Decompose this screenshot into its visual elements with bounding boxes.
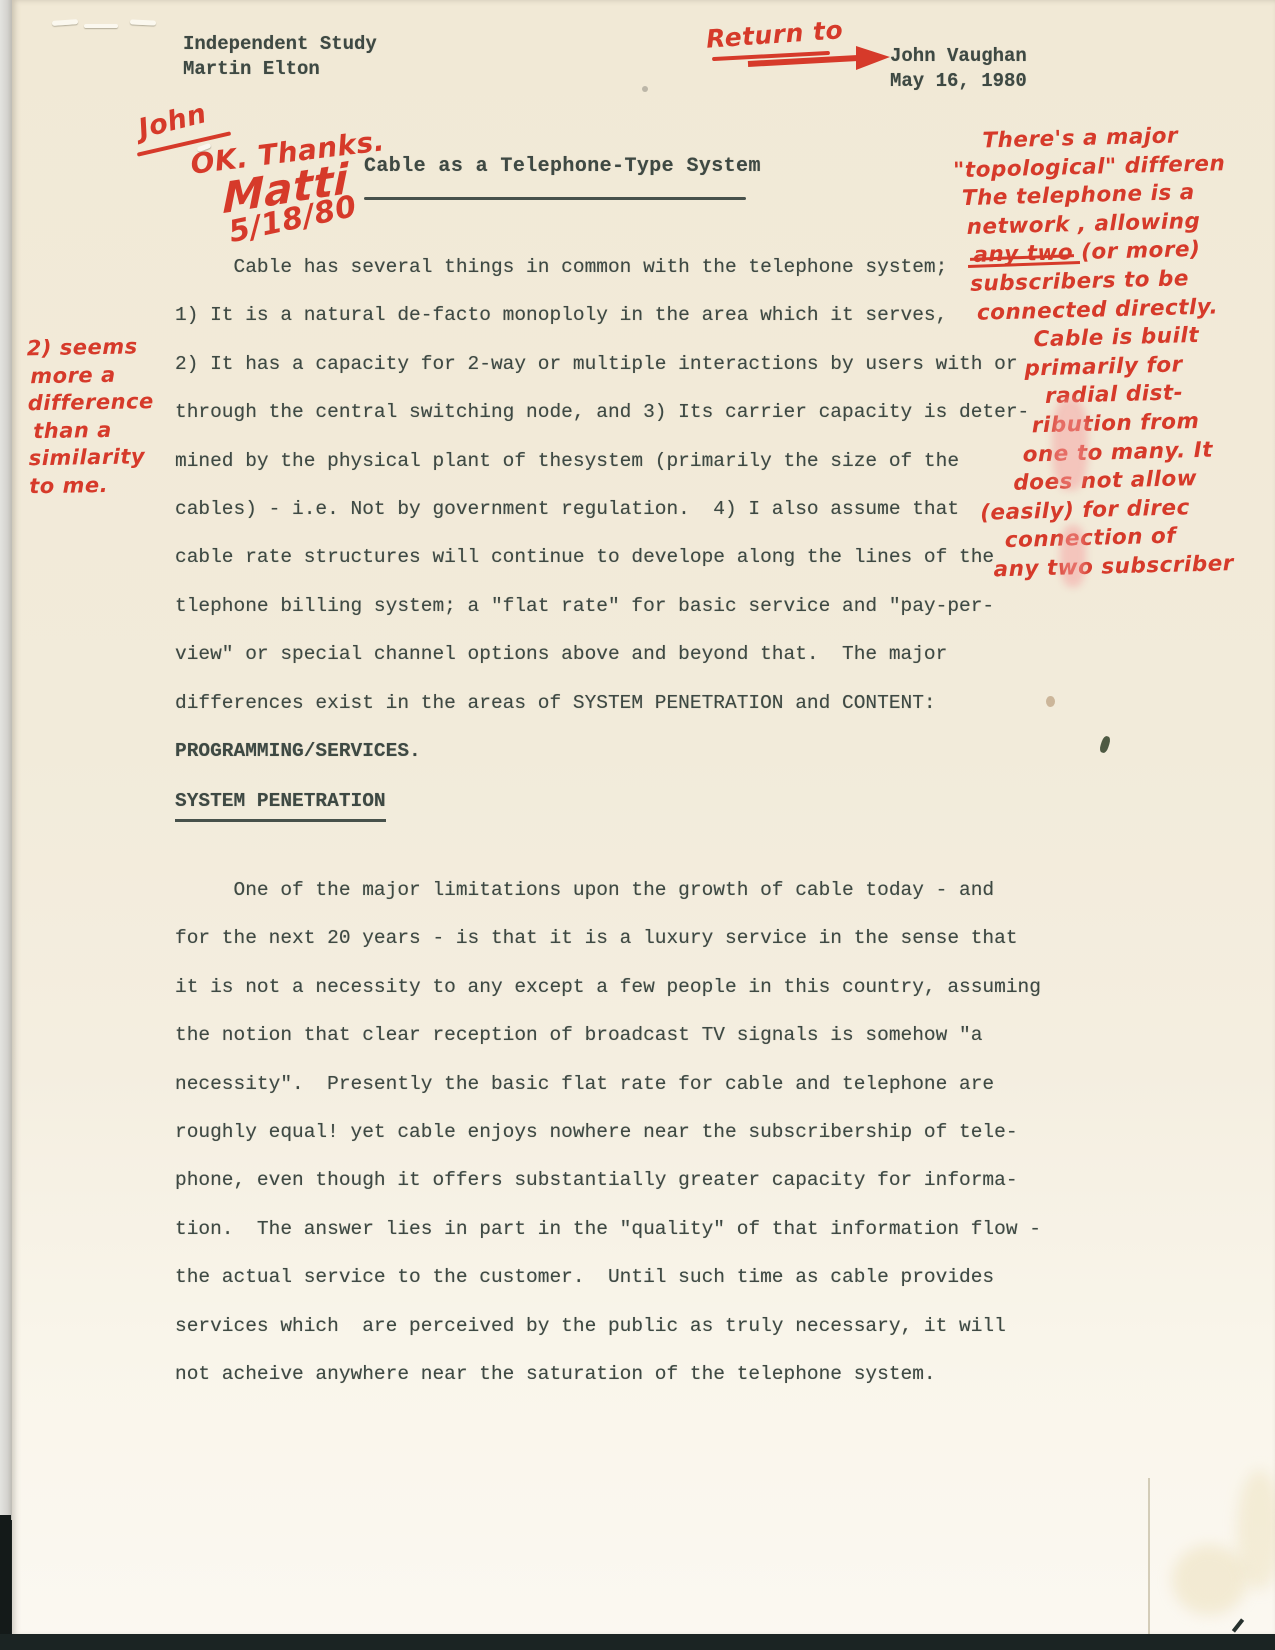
right-margin-note: There's a major"topological" differenThe…: [942, 120, 1275, 586]
scan-shadow: [0, 1515, 11, 1650]
text-line: difference: [28, 388, 178, 418]
text-line: John Vaughan: [890, 44, 1027, 69]
text-line: cables) - i.e. Not by government regulat…: [175, 485, 1029, 533]
header-left: Independent StudyMartin Elton: [183, 32, 377, 82]
text-line: the notion that clear reception of broad…: [175, 1011, 1041, 1059]
text-line: roughly equal! yet cable enjoys nowhere …: [175, 1108, 1041, 1156]
text-line: May 16, 1980: [890, 69, 1027, 94]
text-line: it is not a necessity to any except a fe…: [175, 963, 1041, 1011]
text-line: services which are perceived by the publ…: [175, 1302, 1041, 1350]
paper-speck: [1099, 735, 1112, 754]
paper-stain: [1237, 1470, 1275, 1590]
text-line: for the next 20 years - is that it is a …: [175, 914, 1041, 962]
scan-background: [0, 1634, 1275, 1650]
paper-speck: [642, 86, 648, 92]
paper-page: Independent StudyMartin Elton John Vaugh…: [12, 0, 1275, 1636]
text-line: necessity". Presently the basic flat rat…: [175, 1060, 1041, 1108]
text-line: One of the major limitations upon the gr…: [175, 866, 1041, 914]
text-line: cable rate structures will continue to d…: [175, 533, 1029, 581]
ink-smudge: [1060, 525, 1086, 587]
scanner-edge: [0, 0, 12, 1520]
paper-speck: [1232, 1618, 1244, 1632]
text-line: the actual service to the customer. Unti…: [175, 1253, 1041, 1301]
text-line: phone, even though it offers substantial…: [175, 1156, 1041, 1204]
staple-mark: [52, 19, 78, 26]
ink-smudge: [1052, 398, 1088, 490]
right-arrow-icon: [742, 42, 902, 76]
text-line: tion. The answer lies in part in the "qu…: [175, 1205, 1041, 1253]
title-underline: [364, 197, 746, 200]
text-line: 1) It is a natural de-facto monoploly in…: [175, 291, 1029, 339]
text-line: 2) seems: [27, 333, 177, 363]
page-edge: [1148, 1478, 1150, 1636]
paper-stain: [1172, 1545, 1247, 1615]
text-line: 2) It has a capacity for 2-way or multip…: [175, 340, 1029, 388]
document-title: Cable as a Telephone-Type System: [364, 155, 761, 178]
text-line: mined by the physical plant of thesystem…: [175, 437, 1029, 485]
paragraph1: Cable has several things in common with …: [175, 243, 1029, 775]
paper-speck: [1046, 696, 1055, 707]
text-line: Independent Study: [183, 32, 377, 57]
paragraph2: One of the major limitations upon the gr…: [175, 866, 1041, 1398]
text-line: not acheive anywhere near the saturation…: [175, 1350, 1041, 1398]
text-line: tlephone billing system; a "flat rate" f…: [175, 582, 1029, 630]
text-line: similarity: [28, 443, 178, 473]
section-heading: SYSTEM PENETRATION: [175, 790, 386, 822]
text-line: PROGRAMMING/SERVICES.: [175, 727, 1029, 775]
text-line: more a: [30, 360, 177, 390]
left-margin-note: 2) seemsmore adifferencethan asimilarity…: [27, 333, 180, 501]
scanned-document: Independent StudyMartin Elton John Vaugh…: [0, 0, 1275, 1650]
text-line: through the central switching node, and …: [175, 388, 1029, 436]
text-line: to me.: [29, 471, 179, 501]
text-line: view" or special channel options above a…: [175, 630, 1029, 678]
staple-mark: [130, 19, 156, 25]
text-line: differences exist in the areas of SYSTEM…: [175, 679, 1029, 727]
staple-mark: [84, 24, 118, 28]
text-line: than a: [33, 415, 178, 445]
text-line: Cable has several things in common with …: [175, 243, 1029, 291]
header-right: John VaughanMay 16, 1980: [890, 44, 1027, 94]
text-line: Martin Elton: [183, 57, 377, 82]
